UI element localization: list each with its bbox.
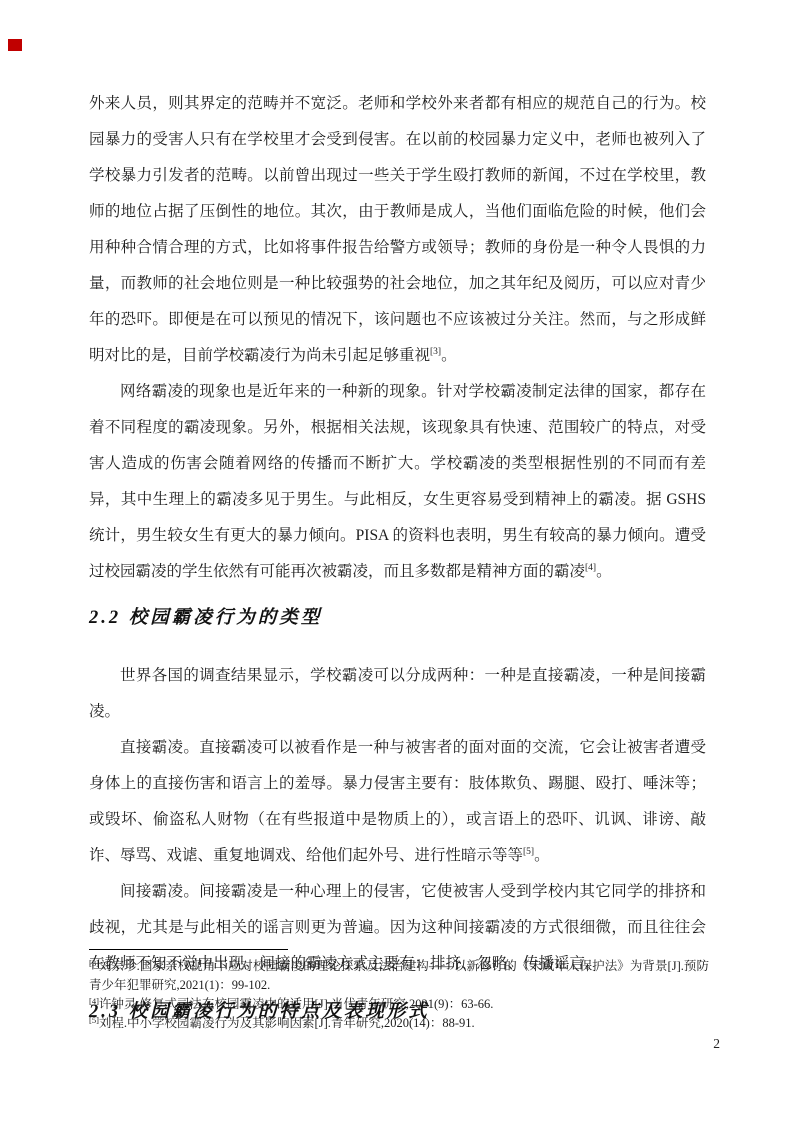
red-annotation-marker — [8, 39, 22, 51]
paragraph-text: 。 — [534, 847, 550, 864]
paragraph-text: 直接霸凌。直接霸凌可以被看作是一种与被害者的面对面的交流，它会让被害者遭受身体上… — [89, 739, 706, 864]
footnote: [3]刘宗珍.国家亲权视角下应对校园霸凌的理论探索及法治建构——以新修订的《未成… — [89, 957, 709, 995]
footnote: [4]许钟灵.修复式司法在校园霸凌中的适用[J].当代青年研究,2021(9)：… — [89, 995, 709, 1014]
paragraph-text: 。 — [441, 347, 457, 364]
paragraph-continuation: 外来人员，则其界定的范畴并不宽泛。老师和学校外来者都有相应的规范自己的行为。校园… — [89, 86, 706, 374]
paragraph-text: 网络霸凌的现象也是近年来的一种新的现象。针对学校霸凌制定法律的国家，都存在着不同… — [89, 383, 706, 580]
footnote: [5]刘程.中小学校园霸凌行为及其影响因素[J].青年研究,2020(14)：8… — [89, 1014, 709, 1033]
footnote-ref-3: [3] — [430, 347, 441, 357]
section-heading-2-2: 2.2 校园霸凌行为的类型 — [89, 604, 706, 632]
paragraph-text: 。 — [596, 563, 612, 580]
paragraph-direct-bullying: 直接霸凌。直接霸凌可以被看作是一种与被害者的面对面的交流，它会让被害者遭受身体上… — [89, 730, 706, 874]
footnote-marker: [5] — [89, 1015, 99, 1025]
footnote-text: 刘程.中小学校园霸凌行为及其影响因素[J].青年研究,2020(14)：88-9… — [99, 1016, 475, 1030]
footnote-text: 刘宗珍.国家亲权视角下应对校园霸凌的理论探索及法治建构——以新修订的《未成年人保… — [89, 959, 709, 992]
paragraph-text: 外来人员，则其界定的范畴并不宽泛。老师和学校外来者都有相应的规范自己的行为。校园… — [89, 95, 706, 364]
footnote-marker: [3] — [89, 958, 99, 968]
document-page: 外来人员，则其界定的范畴并不宽泛。老师和学校外来者都有相应的规范自己的行为。校园… — [0, 0, 793, 1122]
footnote-ref-4: [4] — [585, 563, 596, 573]
page-number: 2 — [713, 1036, 720, 1052]
footnote-section: [3]刘宗珍.国家亲权视角下应对校园霸凌的理论探索及法治建构——以新修订的《未成… — [89, 949, 709, 1033]
page-body: 外来人员，则其界定的范畴并不宽泛。老师和学校外来者都有相应的规范自己的行为。校园… — [89, 86, 706, 1026]
footnote-ref-5: [5] — [523, 847, 534, 857]
footnote-separator-rule — [89, 949, 288, 950]
paragraph-cyberbullying: 网络霸凌的现象也是近年来的一种新的现象。针对学校霸凌制定法律的国家，都存在着不同… — [89, 374, 706, 590]
paragraph-survey-results: 世界各国的调查结果显示，学校霸凌可以分成两种：一种是直接霸凌，一种是间接霸凌。 — [89, 658, 706, 730]
footnote-text: 许钟灵.修复式司法在校园霸凌中的适用[J].当代青年研究,2021(9)：63-… — [99, 997, 493, 1011]
footnote-marker: [4] — [89, 996, 99, 1006]
